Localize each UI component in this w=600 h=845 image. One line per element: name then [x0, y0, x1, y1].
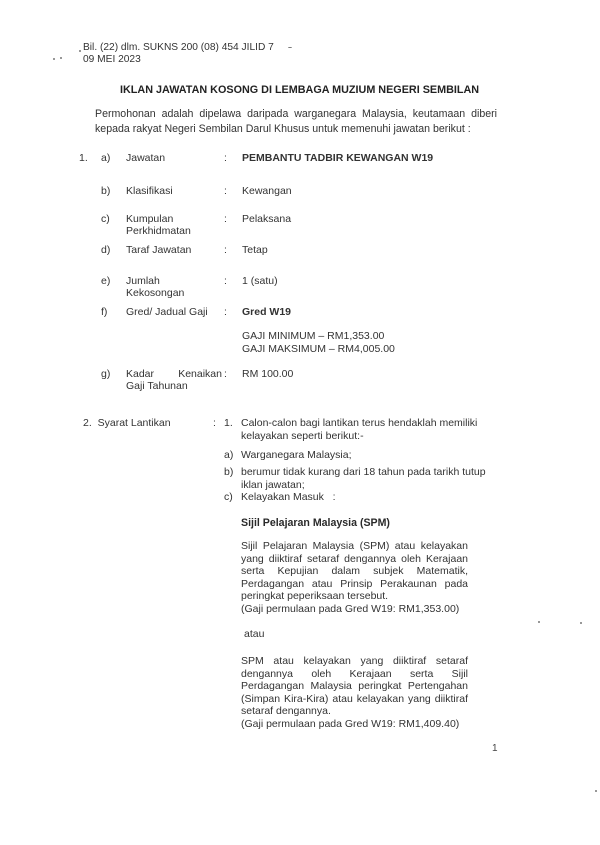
sub-text: Calon-calon bagi lantikan terus hendakla… [241, 417, 477, 443]
item-label: Jumlah Kekosongan [126, 275, 184, 299]
item-text: Kelayakan Masuk : [241, 491, 336, 504]
qualification-spm-commerce: SPM atau kelayakan yang diiktiraf setara… [241, 655, 468, 731]
intro-line-1: Permohonan adalah dipelawa daripada warg… [95, 107, 497, 122]
colon: : [224, 213, 227, 225]
item-label: Klasifikasi [126, 185, 173, 197]
item-label: Gred/ Jadual Gaji [126, 306, 208, 318]
document-reference: Bil. (22) dlm. SUKNS 200 (08) 454 JILID … [83, 42, 274, 66]
qualification-text: Sijil Pelajaran Malaysia (SPM) atau kela… [241, 540, 468, 603]
scan-speck [53, 58, 55, 60]
item-value: Tetap [242, 244, 268, 257]
item-label: Taraf Jawatan [126, 244, 191, 256]
item-letter: f) [101, 306, 107, 318]
item-letter: e) [101, 275, 110, 287]
section-label: 2. Syarat Lantikan [83, 417, 171, 429]
label-line-2: Perkhidmatan [126, 225, 191, 237]
document-title: IKLAN JAWATAN KOSONG DI LEMBAGA MUZIUM N… [120, 84, 479, 96]
item-value: Kewangan [242, 185, 292, 198]
item-letter: b) [101, 185, 110, 197]
item-label: Kadar Kenaikan Gaji Tahunan [126, 368, 222, 392]
sub-text-line-2: kelayakan seperti berikut:- [241, 430, 477, 443]
scan-speck [79, 50, 81, 52]
page-number: 1 [492, 743, 498, 754]
salary-minimum: GAJI MINIMUM – RM1,353.00 [242, 330, 395, 343]
or-separator: atau [244, 628, 264, 640]
colon: : [224, 368, 227, 380]
intro-line-2: kepada rakyat Negeri Sembilan Darul Khus… [95, 122, 497, 137]
colon: : [224, 244, 227, 256]
label-line-2: Kekosongan [126, 287, 184, 299]
item-letter: c) [224, 491, 233, 503]
colon: : [224, 152, 227, 164]
grade-value: Gred W19 [242, 306, 291, 319]
qualification-heading: Sijil Pelajaran Malaysia (SPM) [241, 517, 390, 529]
item-letter: d) [101, 244, 110, 256]
label-line-2: Gaji Tahunan [126, 380, 222, 392]
text-line-1: berumur tidak kurang dari 18 tahun pada … [241, 466, 486, 479]
colon: : [224, 275, 227, 287]
qualification-spm: Sijil Pelajaran Malaysia (SPM) atau kela… [241, 540, 468, 616]
qualification-salary: (Gaji permulaan pada Gred W19: RM1,409.4… [241, 718, 468, 731]
intro-paragraph: Permohonan adalah dipelawa daripada warg… [95, 107, 497, 137]
scan-speck [580, 622, 582, 624]
colon: : [213, 417, 216, 429]
item-value: Pelaksana [242, 213, 291, 226]
qualification-text: SPM atau kelayakan yang diiktiraf setara… [241, 655, 468, 718]
item-text: berumur tidak kurang dari 18 tahun pada … [241, 466, 486, 492]
item-value: RM 100.00 [242, 368, 293, 381]
colon: : [224, 185, 227, 197]
section-title: Syarat Lantikan [98, 417, 171, 429]
item-letter: g) [101, 368, 110, 380]
position-title: PEMBANTU TADBIR KEWANGAN W19 [242, 152, 433, 165]
item-label: Jawatan [126, 152, 165, 164]
item-value: 1 (satu) [242, 275, 278, 288]
colon: : [224, 306, 227, 318]
label-word-1: Kadar [126, 368, 154, 380]
reference-number: Bil. (22) dlm. SUKNS 200 (08) 454 JILID … [83, 42, 274, 54]
item-letter: b) [224, 466, 233, 478]
section-number: 1. [79, 152, 88, 164]
salary-range-block: GAJI MINIMUM – RM1,353.00 GAJI MAKSIMUM … [242, 330, 395, 356]
label-line-1: Kumpulan [126, 213, 191, 225]
scan-speck [595, 790, 597, 792]
item-letter: c) [101, 213, 110, 225]
label-word-2: Kenaikan [178, 368, 222, 380]
scan-speck [538, 621, 540, 623]
document-date: 09 MEI 2023 [83, 54, 274, 66]
scan-speck [60, 57, 62, 59]
label-line-1: Jumlah [126, 275, 184, 287]
sub-text-line-1: Calon-calon bagi lantikan terus hendakla… [241, 417, 477, 430]
item-text: Warganegara Malaysia; [241, 449, 352, 462]
scan-speck [288, 47, 292, 48]
sub-number: 1. [224, 417, 233, 429]
section-number: 2. [83, 417, 92, 429]
item-letter: a) [224, 449, 233, 461]
salary-maximum: GAJI MAKSIMUM – RM4,005.00 [242, 343, 395, 356]
item-label: Kumpulan Perkhidmatan [126, 213, 191, 237]
qualification-salary: (Gaji permulaan pada Gred W19: RM1,353.0… [241, 603, 468, 616]
item-letter: a) [101, 152, 110, 164]
